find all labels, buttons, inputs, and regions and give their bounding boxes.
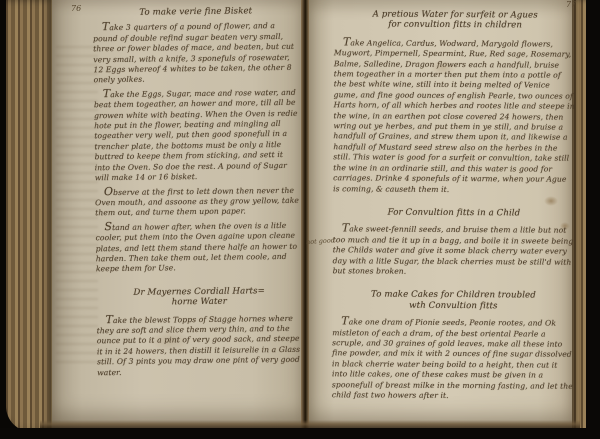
recipe-paragraph: Observe at the first to lett down then n… [95, 184, 301, 219]
photo-background-bottom [0, 428, 600, 439]
recipe-paragraph: Take 3 quarters of a pound of flower, an… [93, 20, 300, 86]
recipe-paragraph: Take the Eggs, Sugar, mace and rose wate… [94, 87, 301, 184]
recipe-paragraph: Take sweet-fennill seeds, and bruise the… [333, 224, 575, 279]
recipe-heading-hartshorne-line2: horne Water [96, 296, 302, 309]
recipe-paragraph: Take one dram of Pionie seeds, Peonie ro… [332, 316, 575, 402]
recipe-heading-pretious-water-line2: for convultion fitts in children [334, 20, 576, 32]
right-page-text: A pretious Water for surfeit or Agues fo… [332, 9, 576, 405]
recipe-paragraph: Take the blewst Topps of Stagge hornes w… [96, 312, 303, 378]
left-page-text: To make verie fine Bisket Take 3 quarter… [93, 6, 304, 381]
ink-showthrough [56, 40, 98, 370]
recipe-paragraph: Take Angelica, Cardus, Wodward, Marygold… [333, 37, 576, 196]
page-number-right: 77 [566, 0, 576, 9]
manuscript-photo: 76 77 To make verie fine Bisket Take 3 q… [0, 0, 600, 439]
photo-background-right [586, 0, 600, 439]
recipe-heading-convultion-fitts: For Convultion fitts in a Child [333, 207, 575, 219]
recipe-heading-bisket: To make verie fine Bisket [93, 6, 299, 19]
recipe-heading-cakes-line2: wth Convultion fitts [332, 300, 574, 312]
page-number-left: 76 [71, 4, 81, 13]
left-page-edges [6, 0, 56, 432]
recipe-paragraph: Stand an hower after, when the oven is a… [95, 219, 302, 275]
